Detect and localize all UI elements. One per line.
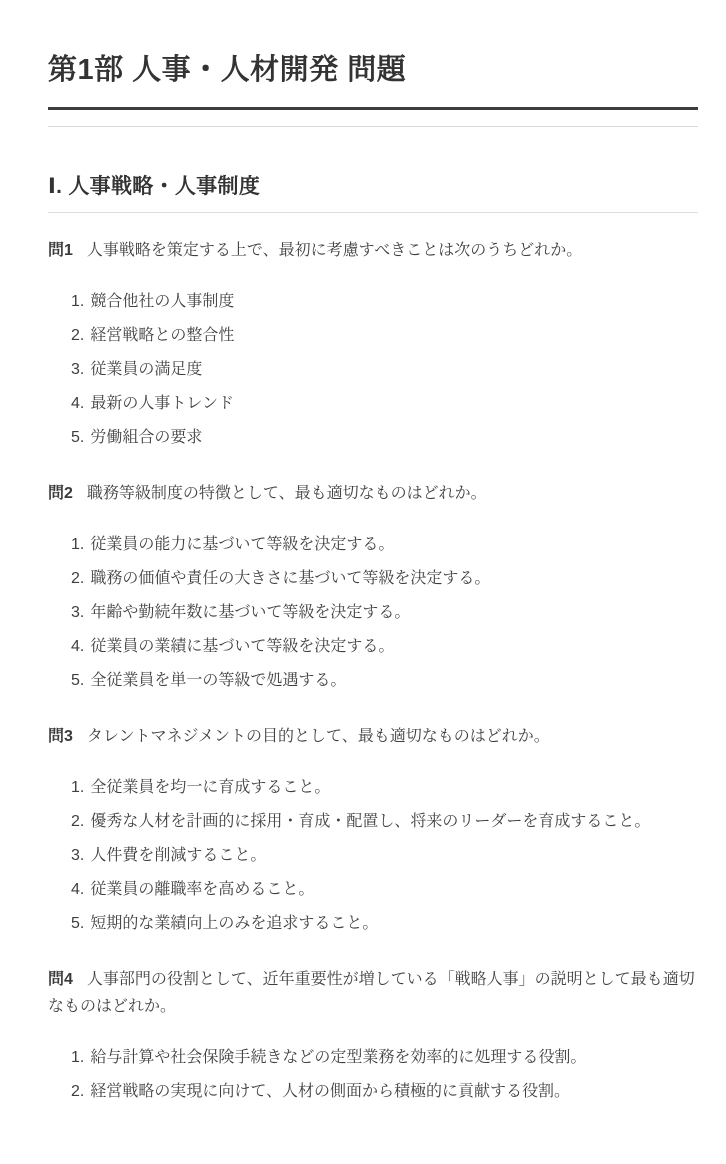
option-number: 5.: [71, 672, 84, 689]
option-item: 1.従業員の能力に基づいて等級を決定する。: [71, 533, 698, 557]
option-number: 4.: [71, 881, 84, 898]
options-list: 1.全従業員を均一に育成すること。 2.優秀な人材を計画的に採用・育成・配置し、…: [71, 776, 698, 936]
option-text: 年齢や勤続年数に基づいて等級を決定する。: [90, 604, 410, 621]
option-number: 2.: [71, 1083, 84, 1100]
question-label: 問2: [48, 485, 73, 502]
option-item: 1.競合他社の人事制度: [71, 290, 698, 314]
option-number: 4.: [71, 638, 84, 655]
option-item: 5.全従業員を単一の等級で処遇する。: [71, 669, 698, 693]
option-text: 従業員の能力に基づいて等級を決定する。: [90, 536, 394, 553]
question-block-4: 問4人事部門の役割として、近年重要性が増している「戦略人事」の説明として最も適切…: [48, 966, 698, 1104]
option-number: 3.: [71, 604, 84, 621]
question-block-3: 問3タレントマネジメントの目的として、最も適切なものはどれか。 1.全従業員を均…: [48, 723, 698, 936]
option-item: 5.労働組合の要求: [71, 426, 698, 450]
option-text: 経営戦略との整合性: [90, 327, 234, 344]
options-list: 1.競合他社の人事制度 2.経営戦略との整合性 3.従業員の満足度 4.最新の人…: [71, 290, 698, 450]
option-item: 2.優秀な人材を計画的に採用・育成・配置し、将来のリーダーを育成すること。: [71, 810, 698, 834]
option-item: 2.職務の価値や責任の大きさに基づいて等級を決定する。: [71, 567, 698, 591]
option-item: 3.年齢や勤続年数に基づいて等級を決定する。: [71, 601, 698, 625]
option-item: 3.従業員の満足度: [71, 358, 698, 382]
options-list: 1.従業員の能力に基づいて等級を決定する。 2.職務の価値や責任の大きさに基づい…: [71, 533, 698, 693]
question-label: 問3: [48, 728, 73, 745]
question-text: 問4人事部門の役割として、近年重要性が増している「戦略人事」の説明として最も適切…: [48, 966, 698, 1020]
question-text: 問3タレントマネジメントの目的として、最も適切なものはどれか。: [48, 723, 698, 750]
option-text: 従業員の満足度: [90, 361, 202, 378]
options-list: 1.給与計算や社会保険手続きなどの定型業務を効率的に処理する役割。 2.経営戦略…: [71, 1046, 698, 1104]
option-text: 全従業員を均一に育成すること。: [90, 779, 330, 796]
option-item: 1.全従業員を均一に育成すること。: [71, 776, 698, 800]
option-text: 職務の価値や責任の大きさに基づいて等級を決定する。: [90, 570, 490, 587]
option-number: 5.: [71, 429, 84, 446]
option-item: 2.経営戦略の実現に向けて、人材の側面から積極的に貢献する役割。: [71, 1080, 698, 1104]
option-item: 3.人件費を削減すること。: [71, 844, 698, 868]
document: 第1部 人事・人材開発 問題 Ⅰ. 人事戦略・人事制度 問1人事戦略を策定する上…: [0, 0, 726, 1164]
question-text: 問1人事戦略を策定する上で、最初に考慮すべきことは次のうちどれか。: [48, 237, 698, 264]
option-number: 2.: [71, 813, 84, 830]
option-text: 労働組合の要求: [90, 429, 202, 446]
option-text: 最新の人事トレンド: [90, 395, 234, 412]
question-body: 人事戦略を策定する上で、最初に考慮すべきことは次のうちどれか。: [87, 242, 582, 259]
option-item: 4.従業員の離職率を高めること。: [71, 878, 698, 902]
section-heading: Ⅰ. 人事戦略・人事制度: [48, 173, 698, 212]
option-text: 経営戦略の実現に向けて、人材の側面から積極的に貢献する役割。: [90, 1083, 570, 1100]
question-body: 職務等級制度の特徴として、最も適切なものはどれか。: [87, 485, 487, 502]
option-text: 優秀な人材を計画的に採用・育成・配置し、将来のリーダーを育成すること。: [90, 813, 650, 830]
title-divider-thin: [48, 126, 698, 127]
option-text: 短期的な業績向上のみを追求すること。: [90, 915, 378, 932]
option-number: 2.: [71, 327, 84, 344]
option-number: 1.: [71, 1049, 84, 1066]
option-item: 4.従業員の業績に基づいて等級を決定する。: [71, 635, 698, 659]
option-number: 4.: [71, 395, 84, 412]
document-title: 第1部 人事・人材開発 問題: [48, 52, 698, 88]
question-body: 人事部門の役割として、近年重要性が増している「戦略人事」の説明として最も適切なも…: [48, 971, 695, 1015]
option-text: 従業員の離職率を高めること。: [90, 881, 314, 898]
question-text: 問2職務等級制度の特徴として、最も適切なものはどれか。: [48, 480, 698, 507]
option-item: 1.給与計算や社会保険手続きなどの定型業務を効率的に処理する役割。: [71, 1046, 698, 1070]
question-block-2: 問2職務等級制度の特徴として、最も適切なものはどれか。 1.従業員の能力に基づい…: [48, 480, 698, 693]
option-item: 2.経営戦略との整合性: [71, 324, 698, 348]
option-text: 従業員の業績に基づいて等級を決定する。: [90, 638, 394, 655]
option-text: 給与計算や社会保険手続きなどの定型業務を効率的に処理する役割。: [90, 1049, 586, 1066]
option-number: 2.: [71, 570, 84, 587]
option-number: 3.: [71, 361, 84, 378]
option-item: 5.短期的な業績向上のみを追求すること。: [71, 912, 698, 936]
option-item: 4.最新の人事トレンド: [71, 392, 698, 416]
question-block-1: 問1人事戦略を策定する上で、最初に考慮すべきことは次のうちどれか。 1.競合他社…: [48, 237, 698, 450]
page-body: { "doc": { "title": "第1部 人事・人材開発 問題", "s…: [0, 0, 726, 1164]
option-number: 5.: [71, 915, 84, 932]
question-body: タレントマネジメントの目的として、最も適切なものはどれか。: [87, 728, 550, 745]
option-number: 1.: [71, 536, 84, 553]
question-label: 問1: [48, 242, 73, 259]
option-number: 1.: [71, 293, 84, 310]
question-label: 問4: [48, 971, 73, 988]
option-number: 3.: [71, 847, 84, 864]
option-number: 1.: [71, 779, 84, 796]
option-text: 競合他社の人事制度: [90, 293, 234, 310]
option-text: 全従業員を単一の等級で処遇する。: [90, 672, 346, 689]
option-text: 人件費を削減すること。: [90, 847, 266, 864]
title-divider-thick: [48, 107, 698, 110]
